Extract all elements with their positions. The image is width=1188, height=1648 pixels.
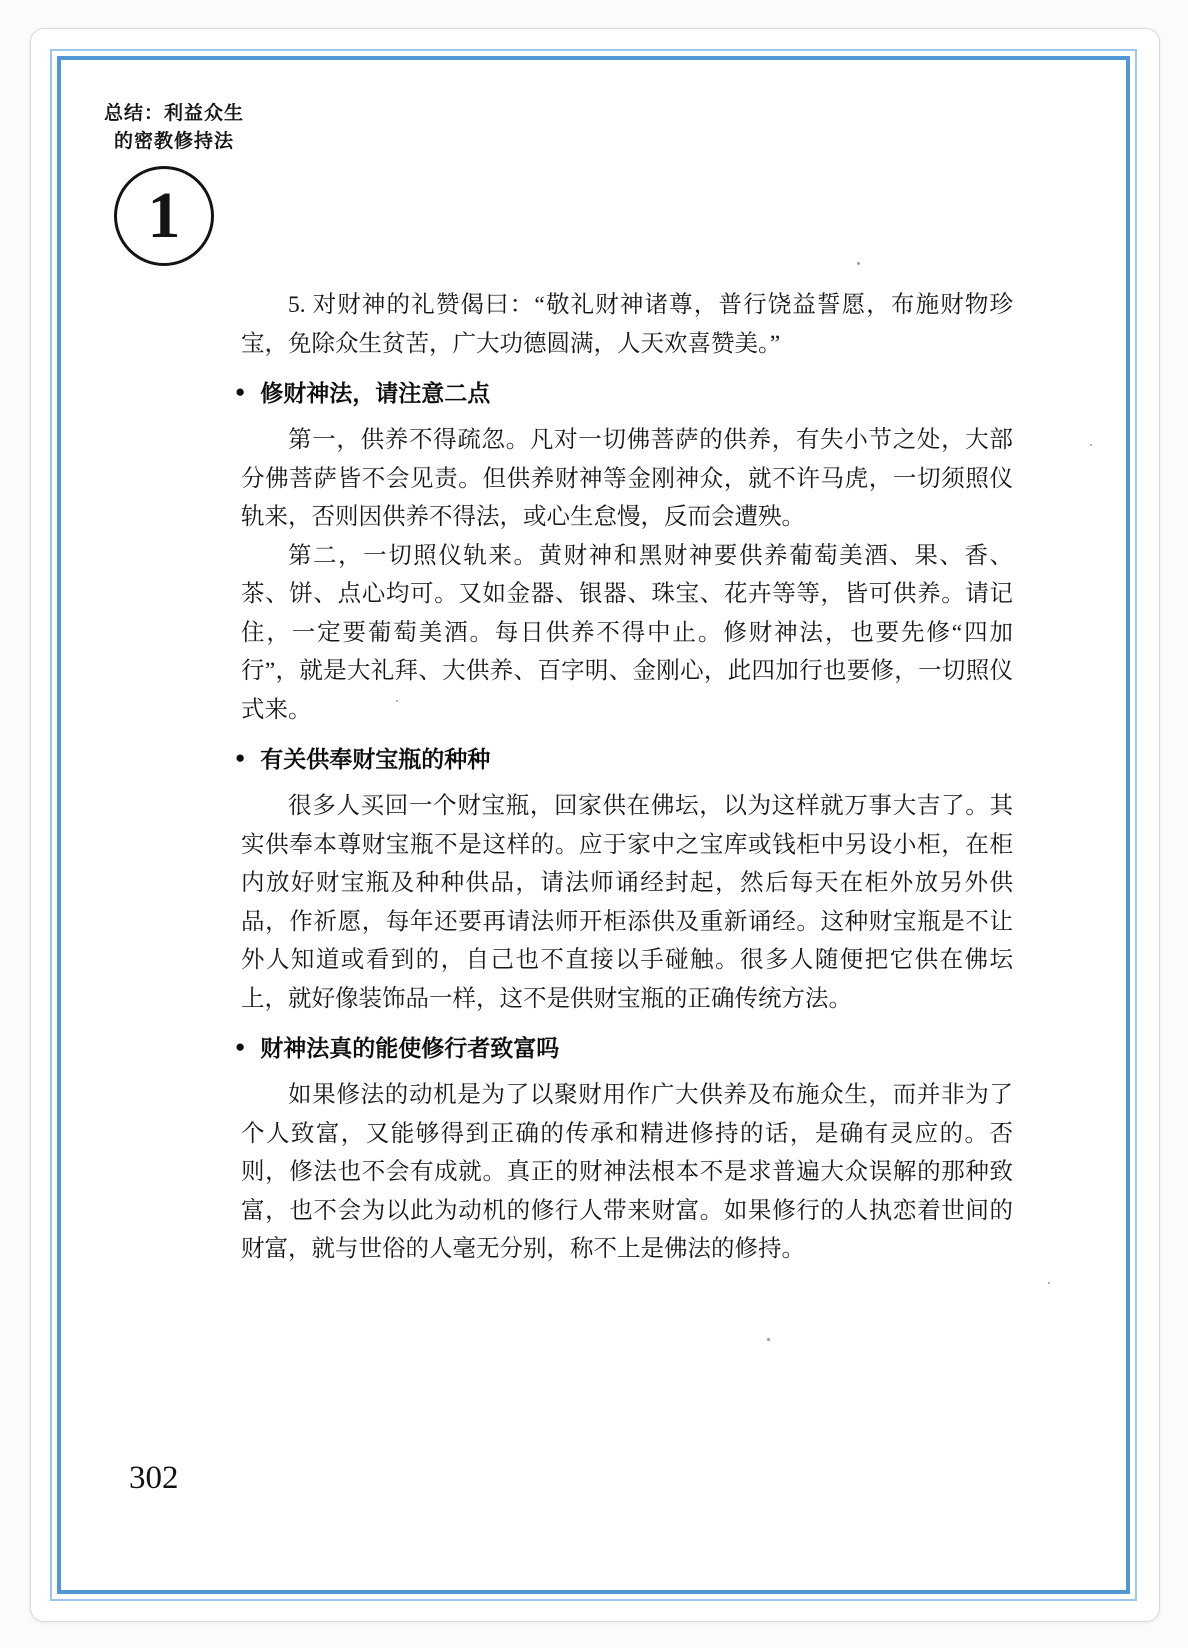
scan-speck	[1090, 444, 1092, 446]
section-heading-text: 有关供奉财宝瓶的种种	[260, 740, 490, 778]
section-paragraph: 第二，一切照仪轨来。黄财神和黑财神要供养葡萄美酒、果、香、茶、饼、点心均可。又如…	[241, 537, 1013, 730]
scan-speck	[396, 700, 398, 702]
margin-header-line1: 总结：利益众生	[99, 100, 249, 128]
chapter-number-badge: 1	[114, 166, 214, 266]
page-number: 302	[129, 1460, 179, 1497]
intro-paragraph: 5. 对财神的礼赞偈曰：“敬礼财神诸尊，普行饶益誓愿，布施财物珍宝，免除众生贫苦…	[241, 286, 1013, 363]
section-heading-text: 修财神法，请注意二点	[260, 374, 490, 412]
section-paragraph: 很多人买回一个财宝瓶，回家供在佛坛，以为这样就万事大吉了。其实供奉本尊财宝瓶不是…	[241, 787, 1013, 1018]
margin-header: 总结：利益众生 的密教修持法	[99, 100, 249, 156]
bullet-icon: ●	[235, 373, 245, 411]
bullet-icon: ●	[235, 1028, 245, 1066]
scan-speck	[767, 1338, 770, 1341]
scan-speck	[857, 262, 860, 265]
section-heading: ● 财神法真的能使修行者致富吗	[235, 1029, 1013, 1067]
section-heading: ● 有关供奉财宝瓶的种种	[235, 740, 1013, 778]
book-page: 总结：利益众生 的密教修持法 1 5. 对财神的礼赞偈曰：“敬礼财神诸尊，普行饶…	[30, 28, 1160, 1622]
main-text-column: 5. 对财神的礼赞偈曰：“敬礼财神诸尊，普行饶益誓愿，布施财物珍宝，免除众生贫苦…	[241, 286, 1013, 1269]
margin-header-line2: 的密教修持法	[99, 128, 249, 156]
decorative-outer-border: 总结：利益众生 的密教修持法 1 5. 对财神的礼赞偈曰：“敬礼财神诸尊，普行饶…	[50, 49, 1137, 1601]
scan-background: 总结：利益众生 的密教修持法 1 5. 对财神的礼赞偈曰：“敬礼财神诸尊，普行饶…	[0, 0, 1188, 1648]
section-heading-text: 财神法真的能使修行者致富吗	[260, 1029, 559, 1067]
page-content-area: 总结：利益众生 的密教修持法 1 5. 对财神的礼赞偈曰：“敬礼财神诸尊，普行饶…	[65, 64, 1122, 1586]
section-paragraph: 第一，供养不得疏忽。凡对一切佛菩萨的供养，有失小节之处，大部分佛菩萨皆不会见责。…	[241, 421, 1013, 537]
bullet-icon: ●	[235, 739, 245, 777]
decorative-inner-border: 总结：利益众生 的密教修持法 1 5. 对财神的礼赞偈曰：“敬礼财神诸尊，普行饶…	[57, 56, 1130, 1594]
scan-speck	[1048, 1282, 1050, 1284]
section-heading: ● 修财神法，请注意二点	[235, 374, 1013, 412]
section-paragraph: 如果修法的动机是为了以聚财用作广大供养及布施众生，而并非为了个人致富，又能够得到…	[241, 1076, 1013, 1269]
